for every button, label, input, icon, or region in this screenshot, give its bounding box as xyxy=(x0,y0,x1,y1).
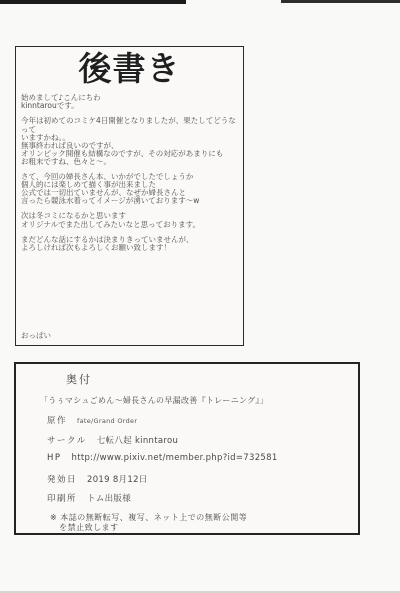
scanned-page: 後書き 始めまして♪こんにちわ kinntarouです。 今年は初めてのコミケ4… xyxy=(0,0,400,593)
field-label: 原作 xyxy=(47,414,67,426)
scan-artifact-top-left xyxy=(0,0,186,4)
afterword-title: 後書き xyxy=(16,51,243,87)
copyright-notice: ※ 本誌の無断転写、複写、ネット上での無断公開等 を禁止致します xyxy=(50,513,358,533)
book-title: 「うぅマシュごめん〜婦長さんの早漏改善『トレーニング』」 xyxy=(40,395,358,406)
field-value: fate/Grand Order xyxy=(77,417,137,425)
field-label: HP xyxy=(47,453,62,463)
field-row-homepage: HP http://www.pixiv.net/member.php?id=73… xyxy=(47,453,358,465)
field-value-url: http://www.pixiv.net/member.php?id=73258… xyxy=(72,453,278,463)
field-row-issue-date: 発効日 2019 8月12日 xyxy=(47,473,358,485)
field-row-circle: サークル 七転八起 kinntarou xyxy=(47,434,358,446)
afterword-box: 後書き 始めまして♪こんにちわ kinntarouです。 今年は初めてのコミケ4… xyxy=(15,46,244,346)
afterword-body: 始めまして♪こんにちわ kinntarouです。 今年は初めてのコミケ4日開催と… xyxy=(16,87,243,252)
field-row-original-work: 原作 fate/Grand Order xyxy=(47,414,358,426)
colophon-box: 奥付 「うぅマシュごめん〜婦長さんの早漏改善『トレーニング』」 原作 fate/… xyxy=(14,362,360,535)
afterword-paragraph: 始めまして♪こんにちわ kinntarouです。 xyxy=(21,94,239,110)
field-value: トム出版様 xyxy=(87,492,131,504)
afterword-paragraph: 今年は初めてのコミケ4日開催となりましたが、果たしてどうなって いますかね。。 … xyxy=(21,117,239,166)
scan-artifact-top-right xyxy=(281,0,400,3)
afterword-paragraph: さて、今回の婦長さん本、いかがでしたでしょうか 個人的には楽しめて描く事が出来ま… xyxy=(21,173,239,205)
field-row-printer: 印刷所 トム出版様 xyxy=(47,492,358,504)
afterword-paragraph: まだどんな話にするかは決まりきっていませんが、 よろしければ次もよろしくお願い致… xyxy=(21,236,239,252)
afterword-footnote: おっぱい xyxy=(21,330,51,341)
field-label: 印刷所 xyxy=(47,492,77,504)
afterword-paragraph: 次は冬コミになるかと思います オリジナルでまた出してみたいなと思っております。 xyxy=(21,212,239,228)
field-value: 2019 8月12日 xyxy=(87,473,148,485)
colophon-fields: 原作 fate/Grand Order サークル 七転八起 kinntarou … xyxy=(47,414,358,504)
field-label: 発効日 xyxy=(47,473,77,485)
field-label: サークル xyxy=(47,434,87,446)
colophon-heading: 奥付 xyxy=(66,371,358,387)
field-value: 七転八起 kinntarou xyxy=(97,434,178,446)
